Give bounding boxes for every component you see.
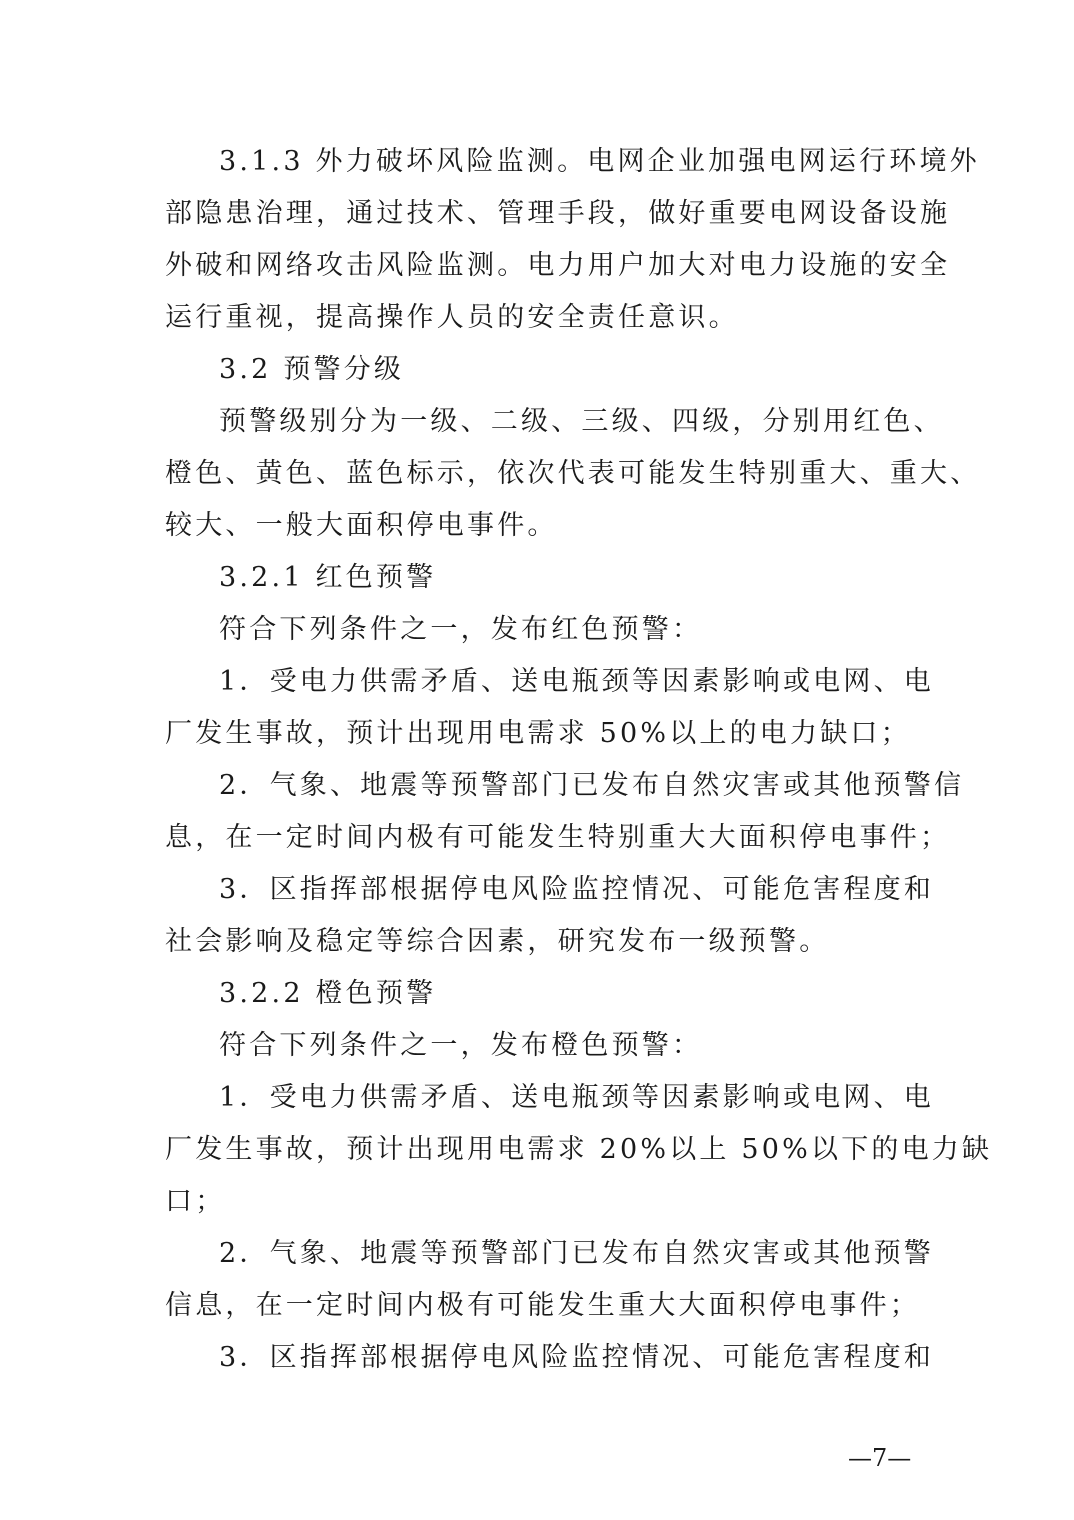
paragraph-line: 3.2.2 橙色预警 [219,974,913,1014]
paragraph-line: 3.2 预警分级 [219,350,913,390]
paragraph-line: 3.1.3 外力破坏风险监测。电网企业加强电网运行环境外 [219,142,913,182]
paragraph-line: 橙色、黄色、蓝色标示，依次代表可能发生特别重大、重大、 [165,454,913,494]
paragraph-line: 口； [165,1182,913,1222]
paragraph-line: 社会影响及稳定等综合因素，研究发布一级预警。 [165,922,913,962]
paragraph-line: 信息，在一定时间内极有可能发生重大大面积停电事件； [165,1286,913,1326]
paragraph-line: 预警级别分为一级、二级、三级、四级，分别用红色、 [219,402,913,442]
paragraph-line: 1．受电力供需矛盾、送电瓶颈等因素影响或电网、电 [219,1078,913,1118]
paragraph-line: 运行重视，提高操作人员的安全责任意识。 [165,298,913,338]
paragraph-line: 2．气象、地震等预警部门已发布自然灾害或其他预警信 [219,766,913,806]
paragraph-line: 3.2.1 红色预警 [219,558,913,598]
paragraph-line: 符合下列条件之一，发布橙色预警： [219,1026,913,1066]
paragraph-line: 2．气象、地震等预警部门已发布自然灾害或其他预警 [219,1234,913,1274]
page-number: —7— [848,1443,911,1473]
paragraph-line: 厂发生事故，预计出现用电需求 50%以上的电力缺口； [165,714,913,754]
paragraph-line: 1．受电力供需矛盾、送电瓶颈等因素影响或电网、电 [219,662,913,702]
paragraph-line: 3．区指挥部根据停电风险监控情况、可能危害程度和 [219,1338,913,1378]
paragraph-line: 符合下列条件之一，发布红色预警： [219,610,913,650]
paragraph-line: 较大、一般大面积停电事件。 [165,506,913,546]
paragraph-line: 厂发生事故，预计出现用电需求 20%以上 50%以下的电力缺 [165,1130,913,1170]
paragraph-line: 部隐患治理，通过技术、管理手段，做好重要电网设备设施 [165,194,913,234]
paragraph-line: 3．区指挥部根据停电风险监控情况、可能危害程度和 [219,870,913,910]
document-page: 3.1.3 外力破坏风险监测。电网企业加强电网运行环境外部隐患治理，通过技术、管… [0,0,1074,1520]
paragraph-line: 外破和网络攻击风险监测。电力用户加大对电力设施的安全 [165,246,913,286]
paragraph-line: 息，在一定时间内极有可能发生特别重大大面积停电事件； [165,818,913,858]
